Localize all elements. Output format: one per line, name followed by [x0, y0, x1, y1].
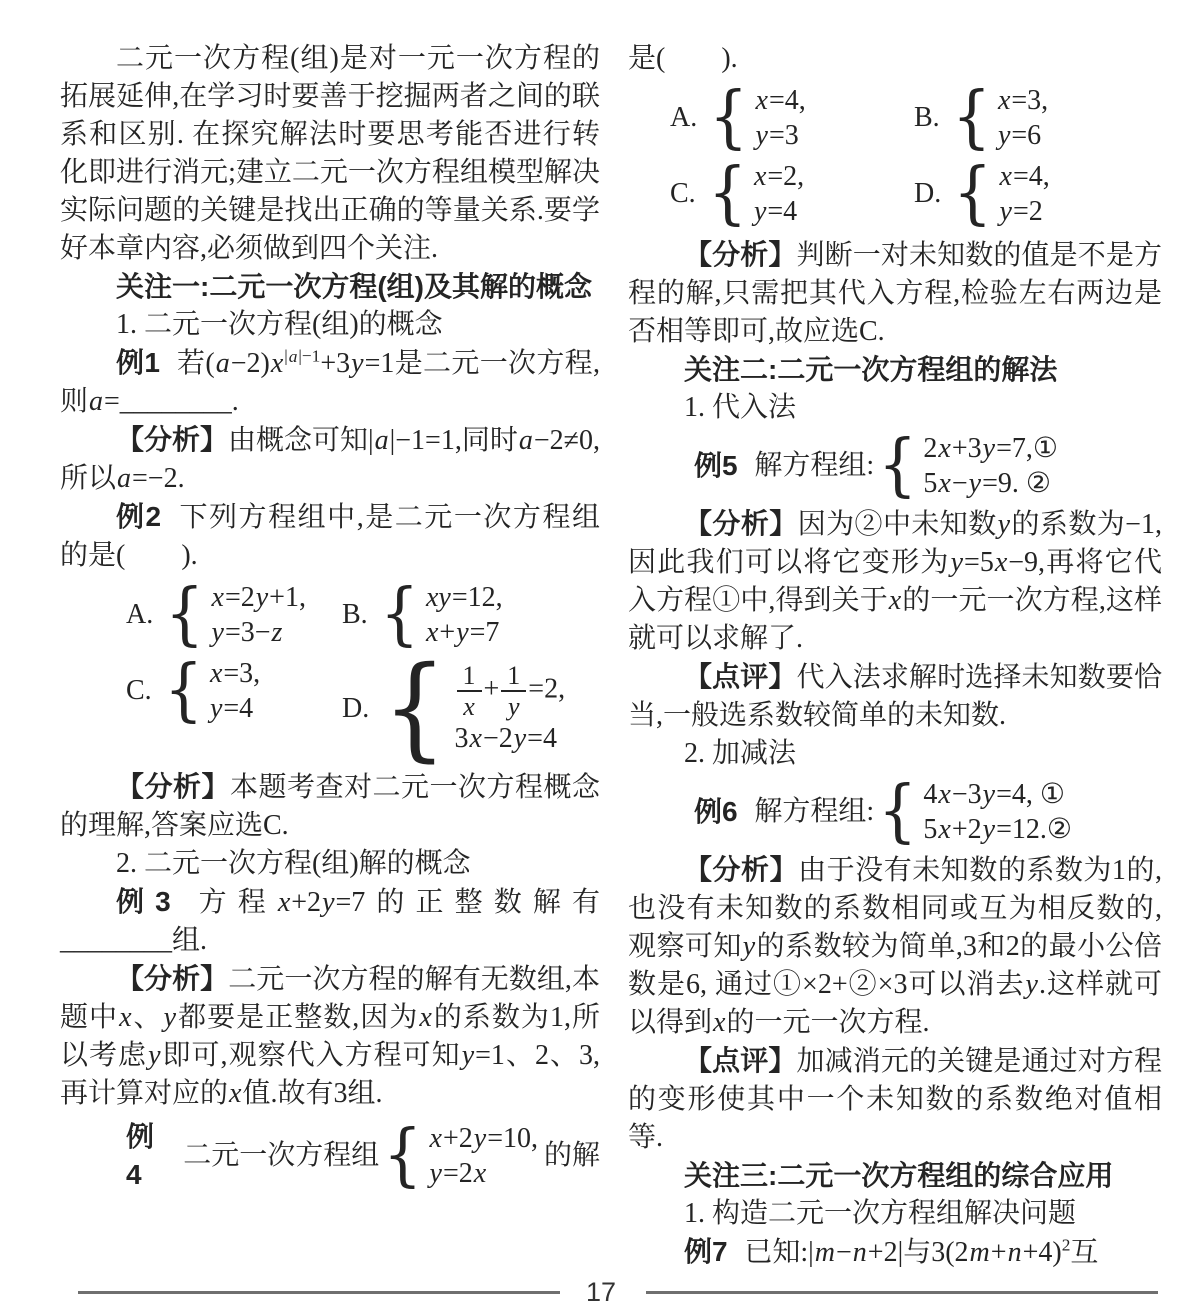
left-column: 二元一次方程(组)是对一元一次方程的拓展延伸,在学习时要善于挖掘两者之间的联系和… [60, 40, 600, 1272]
example2-options-row-1: A. { x=2y+1, y=3−z B. { xy=12, x+y=7 [60, 581, 600, 649]
section-heading-2: 关注二:二元一次方程组的解法 [628, 351, 1162, 389]
example4-system: { x+2y=10, y=2x [381, 1122, 538, 1190]
equation-line: 4x−3y=4, ① [923, 778, 1072, 811]
option-b-equations: xy=12, x+y=7 [425, 581, 503, 649]
example6-equations: 4x−3y=4, ① 5x+2y=12.② [923, 778, 1072, 846]
left-brace-icon: { [953, 163, 992, 226]
analysis-marker: 【分析】 [116, 771, 230, 802]
left-brace-icon: { [164, 660, 203, 723]
analysis-marker: 【分析】 [684, 508, 798, 539]
equation-line: y=2x [429, 1157, 538, 1190]
page-number: 17 [566, 1277, 636, 1308]
option-b-system: { x=3, y=6 [950, 84, 1049, 152]
option-d-equations: x=4, y=2 [999, 160, 1050, 228]
subsection-3-1: 1. 构造二元一次方程组解决问题 [628, 1195, 1162, 1233]
left-brace-icon: { [383, 1125, 422, 1188]
comment5-paragraph: 【点评】代入法求解时选择未知数要恰当,一般选系数较简单的未知数. [628, 658, 1162, 735]
left-brace-icon: { [380, 584, 419, 647]
section-heading-3: 关注三:二元一次方程组的综合应用 [628, 1157, 1162, 1195]
example4-posttext: 的解 [544, 1137, 600, 1175]
example4-continuation: 是( ). [628, 40, 1162, 78]
option-c-label: C. [670, 175, 696, 213]
footer-rule-left [78, 1291, 560, 1294]
example3-label: 例3 [116, 886, 171, 917]
example7-label: 例7 [684, 1236, 728, 1267]
option-d-equations: 1x+1y=2, 3x−2y=4 [455, 662, 566, 755]
comment-marker: 【点评】 [684, 1045, 797, 1076]
option-b-system: { xy=12, x+y=7 [378, 581, 503, 649]
section-heading-1: 关注一:二元一次方程(组)及其解的概念 [60, 268, 600, 306]
option-a-equations: x=2y+1, y=3−z [211, 581, 306, 649]
subsection-1-2: 2. 二元一次方程(组)解的概念 [60, 845, 600, 883]
analysis1-paragraph: 【分析】由概念可知|a|−1=1,同时a−2≠0,所以a=−2. [60, 421, 600, 498]
option-d-label: D. [342, 690, 369, 728]
equation-line: y=4 [209, 692, 260, 725]
analysis-marker: 【分析】 [116, 963, 228, 994]
option-a: A. { x=2y+1, y=3−z [126, 581, 342, 649]
example7-paragraph: 例7已知:|m−n+2|与3(2m+n+4)2互 [628, 1233, 1162, 1272]
example3-paragraph: 例3方程x+2y=7的正整数解有________组. [60, 883, 600, 960]
equation-line: x=3, [997, 84, 1048, 117]
analysis-marker: 【分析】 [684, 854, 798, 885]
option-a-label: A. [126, 596, 153, 634]
equation-line: x=4, [755, 84, 806, 117]
left-brace-icon: { [878, 781, 917, 844]
example4-pretext: 二元一次方程组 [183, 1137, 379, 1175]
option-a-system: { x=2y+1, y=3−z [163, 581, 306, 649]
subsection-1-1: 1. 二元一次方程(组)的概念 [60, 306, 600, 344]
option-a: A. { x=4, y=3 [670, 84, 914, 152]
equation-line: x+2y=10, [429, 1122, 538, 1155]
option-b: B. { xy=12, x+y=7 [342, 581, 503, 649]
option-b-label: B. [914, 99, 940, 137]
example1-paragraph: 例1若(a−2)x|a|−1+3y=1是二元一次方程,则a=________. [60, 344, 600, 421]
example4-label: 例4 [126, 1118, 166, 1194]
equation-line: x=2, [753, 160, 804, 193]
analysis3-paragraph: 【分析】二元一次方程的解有无数组,本题中x、y都要是正整数,因为x的系数为1,所… [60, 960, 600, 1113]
subsection-2-1: 1. 代入法 [628, 389, 1162, 427]
left-brace-icon: { [878, 435, 917, 498]
comment6-paragraph: 【点评】加减消元的关键是通过对方程的变形使其中一个未知数的系数绝对值相等. [628, 1042, 1162, 1157]
equation-line: x=2y+1, [211, 581, 306, 614]
example2-options-row-2: C. { x=3, y=4 D. { 1x+1y=2, 3x−2y=4 [60, 657, 600, 760]
equation-line: y=3−z [211, 616, 306, 649]
example5-pretext: 解方程组: [754, 447, 874, 485]
option-c: C. { x=3, y=4 [126, 657, 342, 725]
option-c-equations: x=2, y=4 [753, 160, 804, 228]
equation-line: y=3 [755, 119, 806, 152]
example2-paragraph: 例2下列方程组中,是二元一次方程组的是( ). [60, 498, 600, 575]
option-c: C. { x=2, y=4 [670, 160, 914, 228]
option-b: B. { x=3, y=6 [914, 84, 1048, 152]
example6-row: 例6 解方程组: { 4x−3y=4, ① 5x+2y=12.② [628, 778, 1162, 846]
example4-row: 例4 二元一次方程组 { x+2y=10, y=2x 的解 [60, 1118, 600, 1194]
option-d-system: { 1x+1y=2, 3x−2y=4 [379, 657, 565, 760]
option-b-equations: x=3, y=6 [997, 84, 1048, 152]
equation-line: y=6 [997, 119, 1048, 152]
example7-text: 已知:|m−n+2|与3(2m+n+4)2互 [744, 1237, 1098, 1268]
example6-system: { 4x−3y=4, ① 5x+2y=12.② [876, 778, 1072, 846]
option-d: D. { 1x+1y=2, 3x−2y=4 [342, 657, 565, 760]
example5-label: 例5 [694, 447, 738, 485]
analysis4-paragraph: 【分析】判断一对未知数的值是不是方程的解,只需把其代入方程,检验左右两边是否相等… [628, 236, 1162, 351]
intro-paragraph: 二元一次方程(组)是对一元一次方程的拓展延伸,在学习时要善于挖掘两者之间的联系和… [60, 40, 600, 268]
equation-line: 3x−2y=4 [455, 722, 566, 755]
equation-line: 5x−y=9. ② [923, 467, 1058, 500]
option-d-label: D. [914, 175, 941, 213]
example2-label: 例2 [116, 501, 161, 532]
option-a-equations: x=4, y=3 [755, 84, 806, 152]
analysis5-paragraph: 【分析】因为②中未知数y的系数为−1,因此我们可以将它变形为y=5x−9,再将它… [628, 505, 1162, 658]
example6-label: 例6 [694, 793, 738, 831]
equation-line: y=4 [753, 195, 804, 228]
subsection-2-2: 2. 加减法 [628, 735, 1162, 773]
analysis6-paragraph: 【分析】由于没有未知数的系数为1的,也没有未知数的系数相同或互为相反数的,观察可… [628, 851, 1162, 1042]
analysis-marker: 【分析】 [116, 424, 228, 455]
equation-line: 2x+3y=7,① [923, 432, 1058, 465]
example5-system: { 2x+3y=7,① 5x−y=9. ② [876, 432, 1058, 500]
left-brace-icon: { [952, 87, 991, 150]
example4-equations: x+2y=10, y=2x [429, 1122, 538, 1190]
option-c-system: { x=2, y=4 [706, 160, 805, 228]
analysis-marker: 【分析】 [684, 239, 797, 270]
example6-pretext: 解方程组: [754, 793, 874, 831]
example5-row: 例5 解方程组: { 2x+3y=7,① 5x−y=9. ② [628, 432, 1162, 500]
left-brace-icon: { [165, 584, 204, 647]
comment-marker: 【点评】 [684, 661, 797, 692]
option-b-label: B. [342, 596, 368, 634]
option-c-label: C. [126, 672, 152, 710]
option-a-label: A. [670, 99, 697, 137]
analysis2-paragraph: 【分析】本题考查对二元一次方程概念的理解,答案应选C. [60, 768, 600, 845]
option-c-equations: x=3, y=4 [209, 657, 260, 725]
equation-line: xy=12, [425, 581, 503, 614]
equation-line: 5x+2y=12.② [923, 813, 1072, 846]
option-a-system: { x=4, y=3 [707, 84, 806, 152]
example4-options-row-1: A. { x=4, y=3 B. { x=3, y=6 [628, 84, 1162, 152]
left-brace-icon: { [708, 163, 747, 226]
option-c-system: { x=3, y=4 [162, 657, 261, 725]
equation-line: x=3, [209, 657, 260, 690]
left-brace-icon: { [383, 657, 447, 760]
example1-label: 例1 [116, 347, 160, 378]
left-brace-icon: { [709, 87, 748, 150]
right-column: 是( ). A. { x=4, y=3 B. { x=3, [628, 40, 1162, 1272]
equation-line: x=4, [999, 160, 1050, 193]
footer-rule-right [646, 1291, 1158, 1294]
equation-line: y=2 [999, 195, 1050, 228]
equation-line: 1x+1y=2, [455, 662, 566, 720]
example5-equations: 2x+3y=7,① 5x−y=9. ② [923, 432, 1058, 500]
option-d: D. { x=4, y=2 [914, 160, 1050, 228]
example4-options-row-2: C. { x=2, y=4 D. { x=4, y=2 [628, 160, 1162, 228]
textbook-page: { "sym": { "brace": "{" }, "left": { "in… [0, 0, 1200, 1314]
option-d-system: { x=4, y=2 [951, 160, 1050, 228]
document-page: 二元一次方程(组)是对一元一次方程的拓展延伸,在学习时要善于挖掘两者之间的联系和… [0, 0, 1200, 1272]
